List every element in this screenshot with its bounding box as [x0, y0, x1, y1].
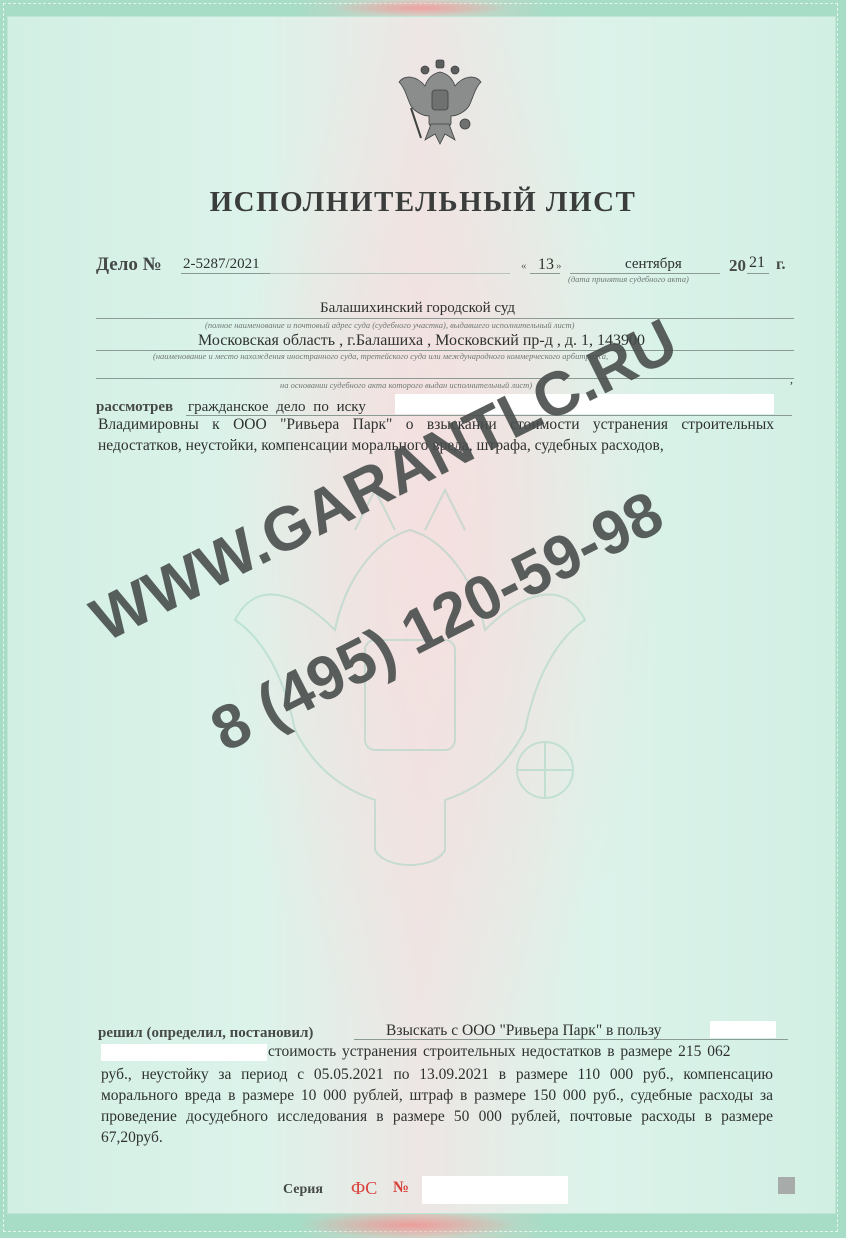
series-value: ФС [351, 1178, 377, 1199]
address-caption: (наименование и место нахождения иностра… [153, 351, 608, 361]
court-caption: (полное наименование и почтовый адрес су… [205, 320, 574, 330]
date-day: 13 [538, 256, 554, 274]
decided-label: решил (определил, постановил) [98, 1025, 313, 1042]
blank-line [96, 378, 794, 379]
date-caption: (дата принятия судебного акта) [568, 274, 689, 284]
date-open-quote: « [521, 260, 527, 272]
decided-underline [354, 1039, 788, 1040]
court-name: Балашихинский городской суд [320, 300, 515, 317]
date-day-underline [530, 273, 560, 274]
case-number: 2-5287/2021 [183, 256, 260, 273]
comma-mark: , [790, 372, 793, 387]
top-red-tint [330, 0, 510, 16]
decision-line-2: стоимость устранения строительных недост… [268, 1043, 731, 1061]
redacted-series-number [422, 1176, 568, 1204]
case-label: Дело № [96, 254, 162, 276]
document-sheet: ИСПОЛНИТЕЛЬНЫЙ ЛИСТ Дело № 2-5287/2021 «… [0, 0, 846, 1238]
gray-square-mark [778, 1177, 795, 1194]
date-year-underline [747, 273, 769, 274]
document-title: ИСПОЛНИТЕЛЬНЫЙ ЛИСТ [0, 186, 846, 219]
date-close-quote: » [556, 260, 562, 272]
series-label: Серия [283, 1182, 323, 1198]
decided-first-line: Взыскать с ООО "Ривьера Парк" в пользу [386, 1022, 661, 1040]
decision-text: руб., неустойку за период с 05.05.2021 п… [101, 1064, 773, 1148]
date-year-suffix: 21 [749, 254, 765, 272]
redacted-recipient-name-cont [101, 1044, 267, 1061]
bottom-red-tint [300, 1212, 520, 1238]
date-year-unit: г. [776, 256, 785, 274]
redacted-recipient-name [710, 1021, 776, 1038]
case-number-underline [181, 273, 271, 274]
case-number-underline-ext [270, 273, 510, 274]
date-year-prefix: 20 [729, 256, 746, 276]
date-month: сентября [625, 256, 682, 273]
series-number-sign: № [393, 1179, 409, 1197]
court-name-underline [96, 318, 794, 319]
coat-of-arms-icon [395, 58, 485, 148]
